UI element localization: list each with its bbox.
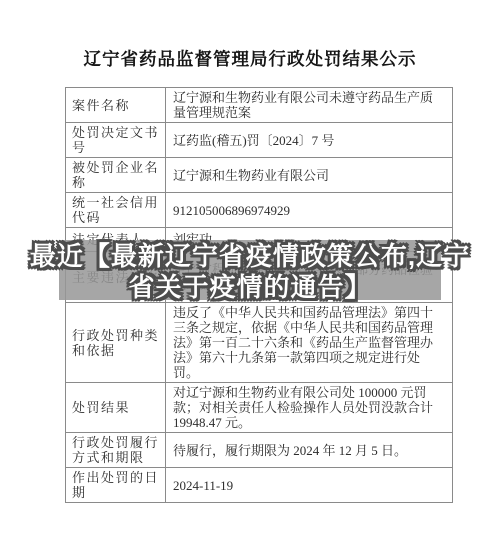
- table-row-credit-code: 统一社会信用 代码 912105006896974929: [66, 193, 453, 228]
- watermark-text: 最近【最新辽宁省疫情政策公布,辽宁 省关于疫情的通告】: [0, 241, 500, 303]
- table-row-case-name: 案件名称 辽宁源和生物药业有限公司未遵守药品生产质 量管理规范案: [66, 88, 453, 123]
- row-label: 行政处罚种类 和依据: [66, 303, 166, 383]
- row-label: 统一社会信用 代码: [66, 193, 166, 228]
- row-value: 辽宁源和生物药业有限公司: [166, 158, 453, 193]
- row-label: 处罚决定文书 号: [66, 123, 166, 158]
- table-row-penalty-type-basis: 行政处罚种类 和依据 违反了《中华人民共和国药品管理法》第四十 三条之规定，依据…: [66, 303, 453, 383]
- row-label: 作出处罚的日 期: [66, 468, 166, 503]
- row-label: 行政处罚履行 方式和期限: [66, 433, 166, 468]
- table-row-company-name: 被处罚企业名 称 辽宁源和生物药业有限公司: [66, 158, 453, 193]
- row-value: 待履行，履行期限为 2024 年 12 月 5 日。: [166, 433, 453, 468]
- row-value: 辽宁源和生物药业有限公司未遵守药品生产质 量管理规范案: [166, 88, 453, 123]
- table-row-fulfillment-deadline: 行政处罚履行 方式和期限 待履行，履行期限为 2024 年 12 月 5 日。: [66, 433, 453, 468]
- row-value: 912105006896974929: [166, 193, 453, 228]
- row-label: 处罚结果: [66, 383, 166, 433]
- row-label: 案件名称: [66, 88, 166, 123]
- page-title: 辽宁省药品监督管理局行政处罚结果公示: [0, 46, 500, 71]
- row-value: 辽药监(稽五)罚〔2024〕7 号: [166, 123, 453, 158]
- row-value: 对辽宁源和生物药业有限公司处 100000 元罚 款；对相关责任人检验操作人员处…: [166, 383, 453, 433]
- row-value: 违反了《中华人民共和国药品管理法》第四十 三条之规定，依据《中华人民共和国药品管…: [166, 303, 453, 383]
- row-label: 被处罚企业名 称: [66, 158, 166, 193]
- table-row-penalty-date: 作出处罚的日 期 2024-11-19: [66, 468, 453, 503]
- table-row-penalty-result: 处罚结果 对辽宁源和生物药业有限公司处 100000 元罚 款；对相关责任人检验…: [66, 383, 453, 433]
- row-value: 2024-11-19: [166, 468, 453, 503]
- table-row-document-number: 处罚决定文书 号 辽药监(稽五)罚〔2024〕7 号: [66, 123, 453, 158]
